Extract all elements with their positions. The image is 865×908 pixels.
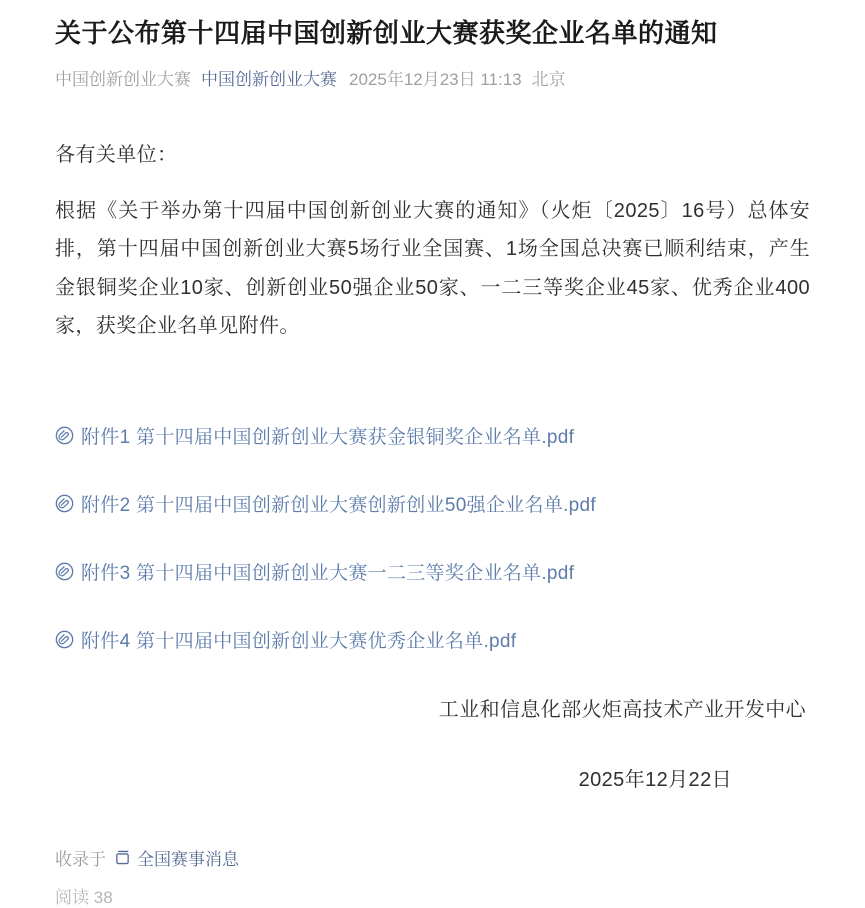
body-paragraph: 根据《关于举办第十四届中国创新创业大赛的通知》（火炬〔2025〕16号）总体安排… xyxy=(55,192,810,346)
attachment-link-4[interactable]: 附件4 第十四届中国创新创业大赛优秀企业名单.pdf xyxy=(55,626,810,653)
attachment-label: 附件4 第十四届中国创新创业大赛优秀企业名单.pdf xyxy=(81,626,516,653)
article-footer: 收录于 全国赛事消息 阅读 38 xyxy=(55,845,810,908)
account-link[interactable]: 中国创新创业大赛 xyxy=(201,65,337,90)
article-meta: 中国创新创业大赛 中国创新创业大赛 2025年12月23日 11:13 北京 xyxy=(55,65,810,90)
article-page: 关于公布第十四届中国创新创业大赛获奖企业名单的通知 中国创新创业大赛 中国创新创… xyxy=(0,0,865,908)
read-count: 阅读 38 xyxy=(55,883,810,908)
paperclip-icon xyxy=(55,630,74,649)
read-label: 阅读 xyxy=(55,888,89,907)
paperclip-icon xyxy=(55,426,74,445)
attachment-link-3[interactable]: 附件3 第十四届中国创新创业大赛一二三等奖企业名单.pdf xyxy=(55,558,810,585)
signature-date: 2025年12月22日 xyxy=(55,765,810,795)
attachment-list: 附件1 第十四届中国创新创业大赛获金银铜奖企业名单.pdf 附件2 第十四届中国… xyxy=(55,422,810,653)
collected-label: 收录于 xyxy=(55,845,106,870)
attachment-link-2[interactable]: 附件2 第十四届中国创新创业大赛创新创业50强企业名单.pdf xyxy=(55,490,810,517)
publish-location: 北京 xyxy=(532,65,566,90)
salutation: 各有关单位： xyxy=(55,136,810,174)
attachment-link-1[interactable]: 附件1 第十四届中国创新创业大赛获金银铜奖企业名单.pdf xyxy=(55,422,810,449)
album-name: 全国赛事消息 xyxy=(137,845,239,870)
read-number: 38 xyxy=(94,888,113,907)
album-link[interactable]: 全国赛事消息 xyxy=(114,845,239,870)
paperclip-icon xyxy=(55,494,74,513)
paperclip-icon xyxy=(55,562,74,581)
collected-row: 收录于 全国赛事消息 xyxy=(55,845,810,870)
meta-source-label: 中国创新创业大赛 xyxy=(55,65,191,90)
signature: 工业和信息化部火炬高技术产业开发中心 xyxy=(55,695,810,725)
attachment-label: 附件3 第十四届中国创新创业大赛一二三等奖企业名单.pdf xyxy=(81,558,574,585)
attachment-label: 附件2 第十四届中国创新创业大赛创新创业50强企业名单.pdf xyxy=(81,490,596,517)
article-title: 关于公布第十四届中国创新创业大赛获奖企业名单的通知 xyxy=(55,16,810,51)
attachment-label: 附件1 第十四届中国创新创业大赛获金银铜奖企业名单.pdf xyxy=(81,422,574,449)
publish-time: 2025年12月23日 11:13 xyxy=(349,65,522,90)
album-icon xyxy=(114,849,131,866)
